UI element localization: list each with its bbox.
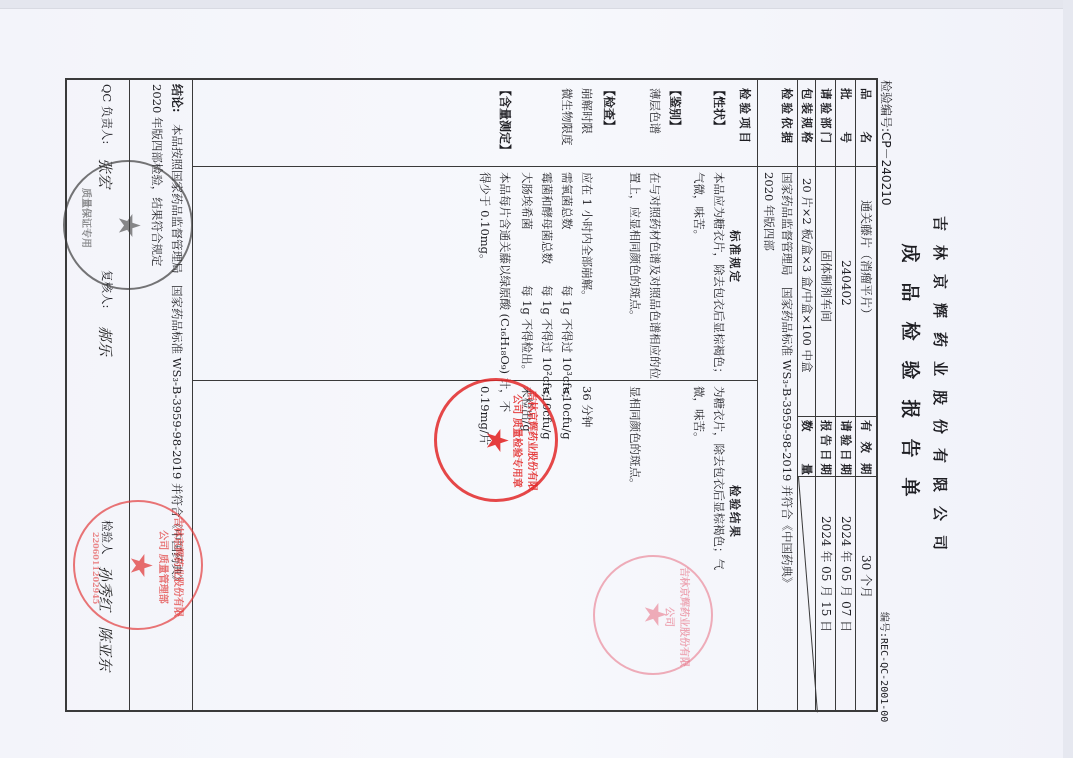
row-divider xyxy=(192,80,193,710)
value-product-name: 通关藤片（消瘤平片） xyxy=(857,200,875,320)
identification-item: 薄层色谱 xyxy=(646,88,664,134)
form-number-value: REC-QC-2001-00 xyxy=(878,638,889,722)
disintegration-item: 崩解时限 xyxy=(578,88,596,134)
identification-result: 显相同颜色的斑点。 xyxy=(626,386,644,490)
row-divider xyxy=(129,80,130,710)
assay-standard-2: 得少于 0.10mg。 xyxy=(476,172,494,266)
label-expiry: 有 效 期 xyxy=(857,420,875,478)
microbial-limit: 每 1g 不得检出。 xyxy=(518,285,536,376)
assay-standard-1: 本品每片含通关藤以绿原酸 (C₁₆H₁₈O₉) 计，不 xyxy=(496,172,514,412)
company-name: 吉林京辉药业股份有限公司 xyxy=(930,180,951,600)
label-package: 包装规格 xyxy=(798,88,816,146)
value-expiry: 30 个月 xyxy=(857,555,875,598)
label-basis: 检验依据 xyxy=(778,88,796,146)
character-standard-1: 本品应为糖衣片，除去包衣后显棕褐色； xyxy=(710,172,728,379)
label-request-date: 请验日期 xyxy=(837,420,855,478)
character-result-2: 微，味苦。 xyxy=(690,386,708,444)
conclusion-line-1: 本品按照国家药品监督管理局 国家药品标准 WS₃-B-3959-98-2019 … xyxy=(168,124,186,587)
inspector-label: 检验人 xyxy=(98,520,116,555)
identification-standard-2: 置上，应显相同颜色的斑点。 xyxy=(626,172,644,322)
section-character: 【性状】 xyxy=(710,84,728,132)
microbial-name: 霉菌和酵母菌总数 xyxy=(538,172,556,264)
basis-line-2: 2020 年版四部 xyxy=(760,172,778,251)
row-divider xyxy=(855,80,856,710)
header-result: 检验结果 xyxy=(726,485,744,539)
reviewer-label: 复核人: xyxy=(98,270,116,308)
form-number-label: 编号: xyxy=(878,612,889,638)
value-package: 20 片×2 板/盒×3 盒/中盒×100 中盒 xyxy=(798,178,816,373)
identification-standard-1: 在与对照药材色谱及对照品色谱相应的位 xyxy=(646,172,664,379)
conclusion-line-2: 2020 年版四部检验，结果符合规定 xyxy=(148,84,166,266)
row-divider xyxy=(815,80,816,710)
value-request-date: 2024 年 05 月 07 日 xyxy=(837,516,855,632)
inspection-report-page: 吉林京辉药业股份有限公司 成品检验报告单 检验编号:CP－240210 编号:R… xyxy=(0,0,1073,758)
report-table: 品 名 通关藤片（消瘤平片） 有 效 期 30 个月 批 号 240402 请验… xyxy=(65,78,878,712)
value-department: 固体制剂车间 xyxy=(817,250,835,322)
microbial-limit: 每 1g 不得过 10²cfu; xyxy=(538,285,556,398)
section-assay: 【含量测定】 xyxy=(496,84,514,156)
microbial-result: <10cfu/g xyxy=(538,386,556,440)
disintegration-standard: 应在 1 小时内全部崩解。 xyxy=(578,172,596,302)
microbial-limit: 每 1g 不得过 10³cfu; xyxy=(558,285,576,398)
section-identification: 【鉴别】 xyxy=(666,84,684,132)
row-divider xyxy=(797,80,798,710)
disintegration-result: 36 分钟 xyxy=(578,386,596,427)
inspector-signature: 孙秀红 陈亚东 xyxy=(95,566,116,671)
row-divider xyxy=(757,80,758,710)
inspection-number: 检验编号:CP－240210 xyxy=(878,80,895,205)
header-standard: 标准规定 xyxy=(726,230,744,284)
character-result-1: 为糖衣片，除去包衣后显棕褐色；气 xyxy=(710,386,728,570)
inspection-number-label: 检验编号: xyxy=(879,80,893,132)
microbial-item: 微生物限度 xyxy=(558,88,576,146)
label-report-date: 报告日期 xyxy=(817,420,835,478)
col-divider xyxy=(193,380,758,381)
microbial-result: 未检出/g xyxy=(518,386,536,432)
microbial-result: <10cfu/g xyxy=(558,386,576,440)
report-title: 成品检验报告单 xyxy=(898,200,925,560)
header-item: 检验项目 xyxy=(736,88,754,146)
value-report-date: 2024 年 05 月 15 日 xyxy=(817,516,835,632)
microbial-name: 大肠埃希菌 xyxy=(518,172,536,230)
basis-line-1: 国家药品监督管理局 国家药品标准 WS₃-B-3959-98-2019 并符合《… xyxy=(778,172,796,589)
qc-label: QC 负责人: xyxy=(98,84,116,144)
form-number: 编号:REC-QC-2001-00 xyxy=(878,612,893,722)
row-divider xyxy=(835,80,836,710)
inspection-number-value: CP－240210 xyxy=(879,132,893,205)
label-quantity: 数 量 xyxy=(798,420,816,478)
qc-signature: 张宏 xyxy=(95,158,116,188)
value-batch-no: 240402 xyxy=(837,260,855,306)
label-department: 请验部门 xyxy=(817,88,835,146)
conclusion-label: 结论: xyxy=(168,84,186,112)
section-inspection: 【检查】 xyxy=(600,84,618,132)
label-batch-no: 批 号 xyxy=(837,88,855,146)
label-product-name: 品 名 xyxy=(857,88,875,146)
assay-result: 0.19mg/片 xyxy=(476,386,494,445)
character-standard-2: 气微，味苦。 xyxy=(690,172,708,241)
col-divider xyxy=(798,416,876,417)
col-divider xyxy=(758,166,876,167)
col-divider xyxy=(193,166,758,167)
microbial-name: 需氧菌总数 xyxy=(558,172,576,230)
reviewer-signature: 郝乐 xyxy=(95,326,116,356)
